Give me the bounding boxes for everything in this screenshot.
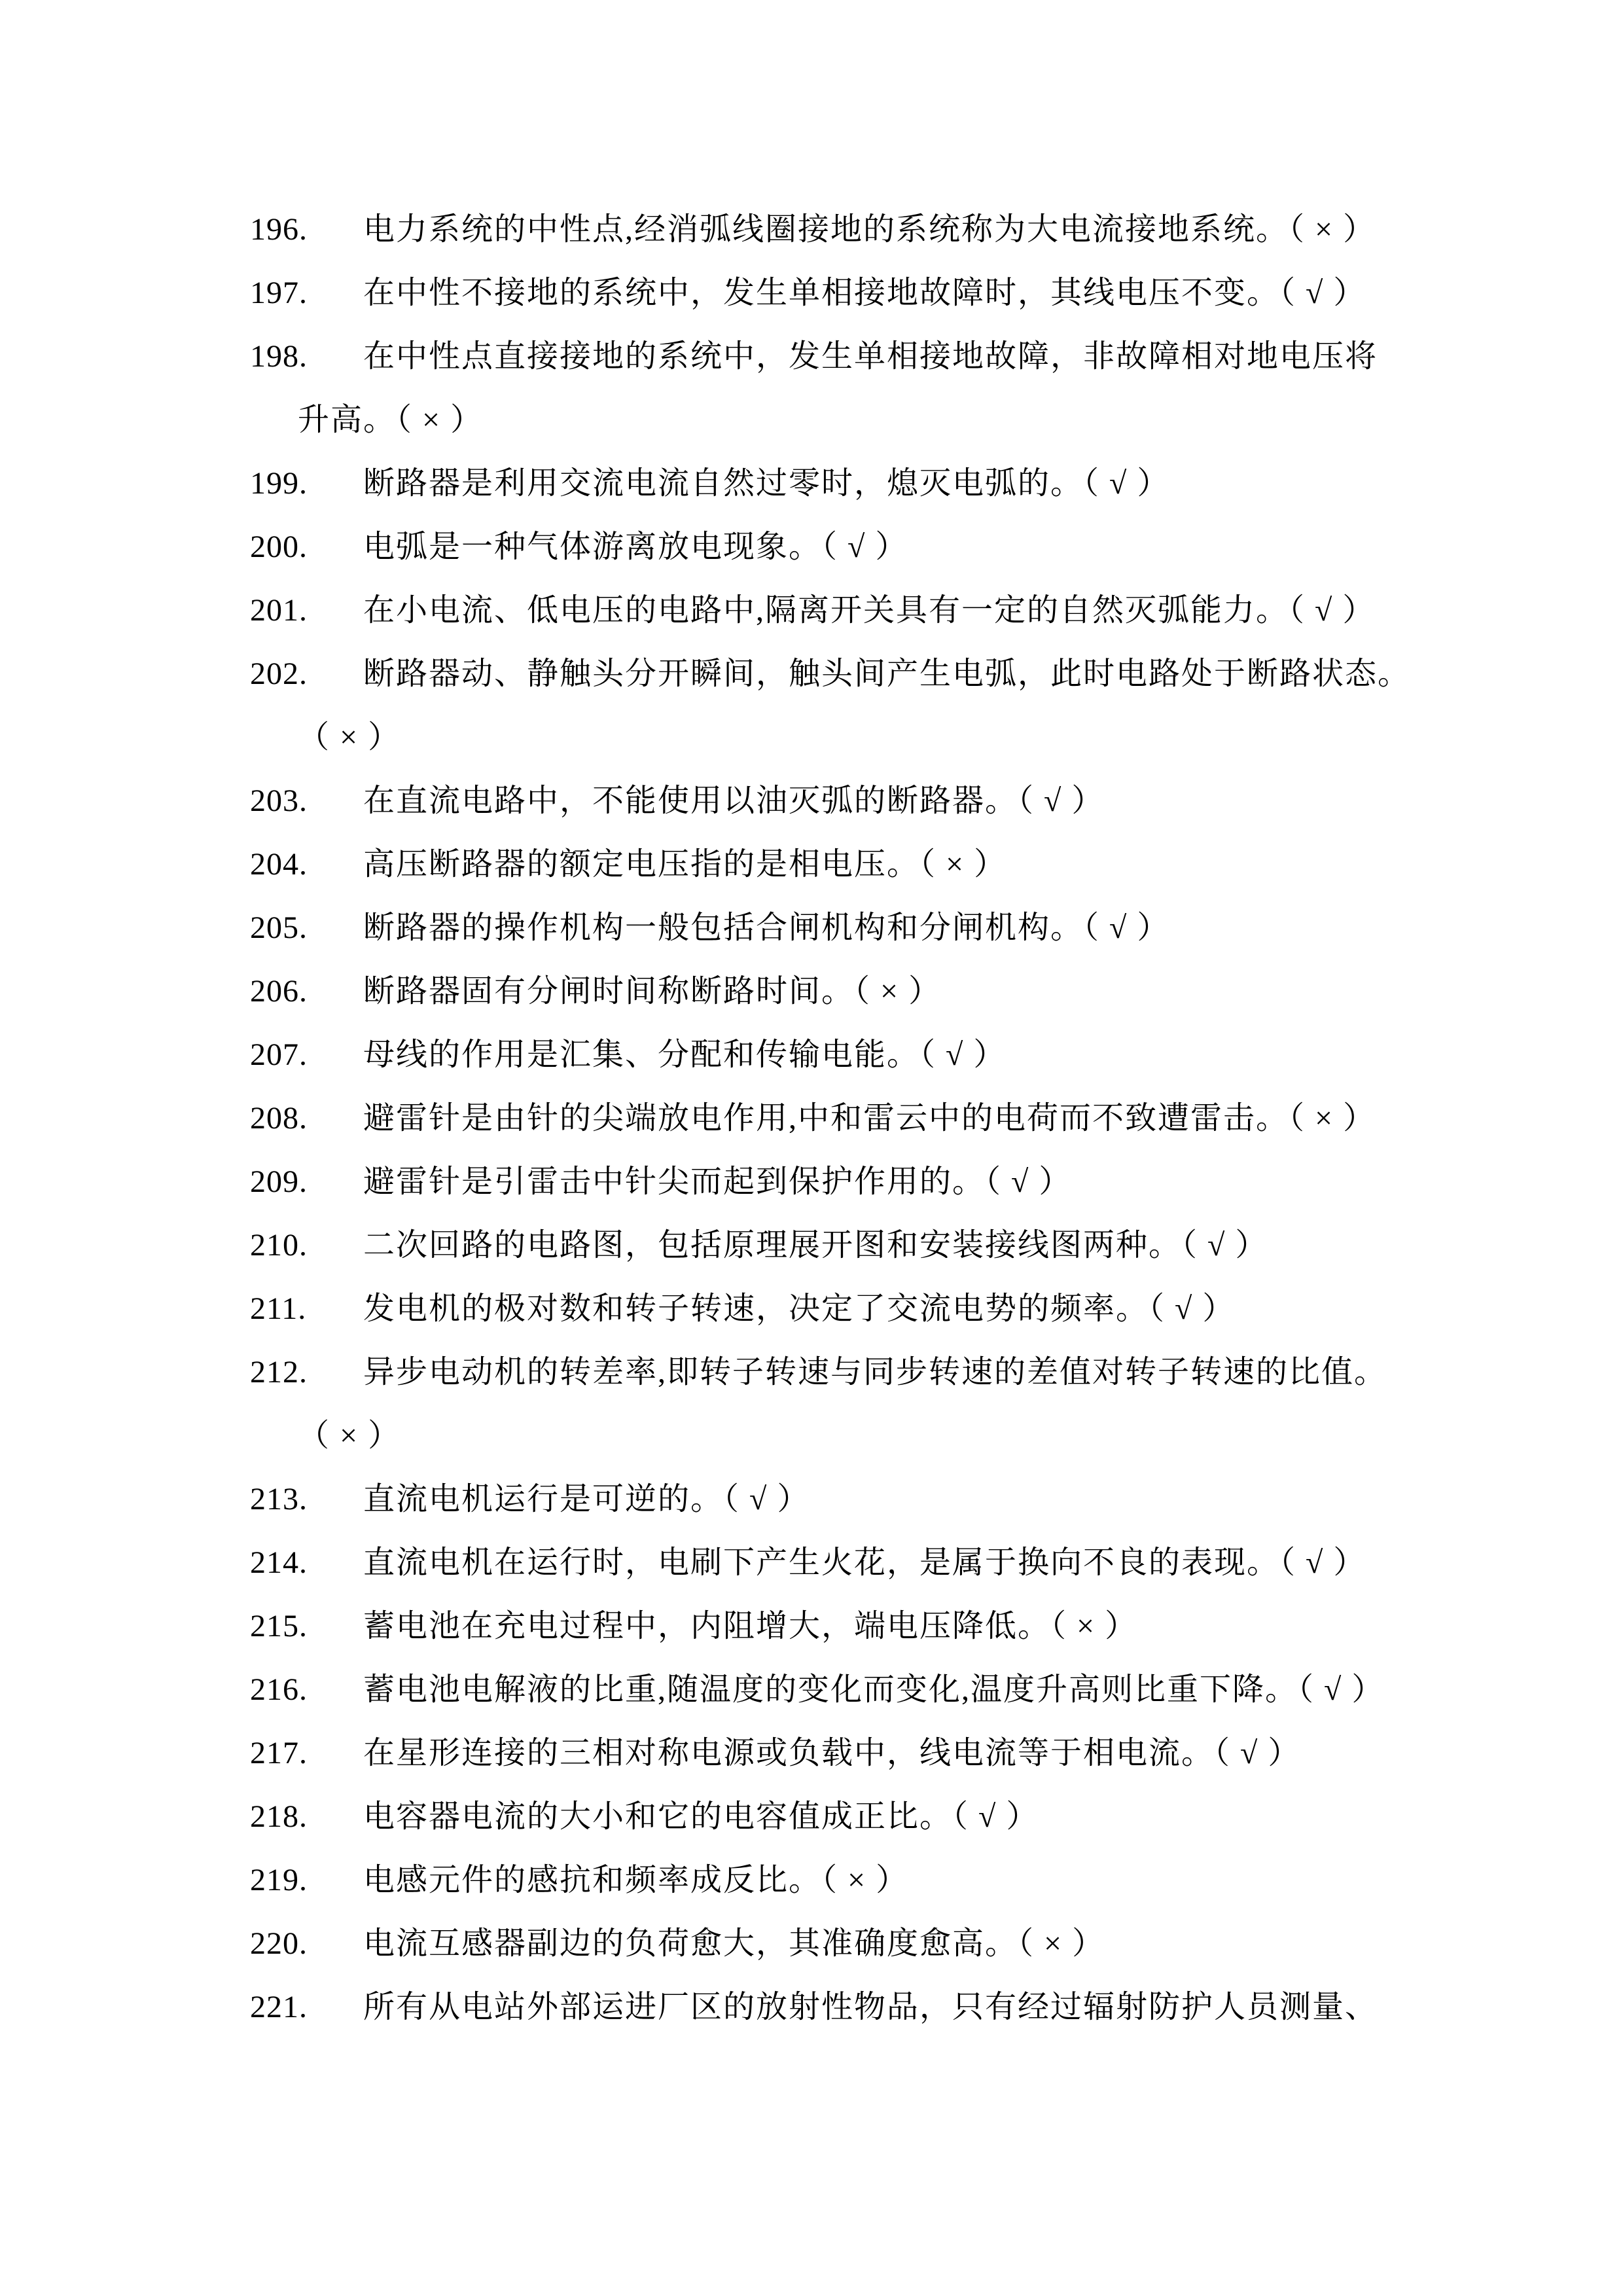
question-line: 207.母线的作用是汇集、分配和传输电能。（ √ ） xyxy=(0,1023,1623,1086)
question-number: 208. xyxy=(250,1086,308,1150)
question-list: 196.电力系统的中性点,经消弧线圈接地的系统称为大电流接地系统。（ × ） 1… xyxy=(0,198,1623,2039)
question-line: 199.断路器是利用交流电流自然过零时，熄灭电弧的。（ √ ） xyxy=(0,452,1623,515)
question-line: 217.在星形连接的三相对称电源或负载中，线电流等于相电流。（ √ ） xyxy=(0,1721,1623,1785)
question-number: 204. xyxy=(250,833,308,896)
question-text: 断路器动、静触头分开瞬间，触头间产生电弧，此时电路处于断路状态。 xyxy=(363,656,1410,691)
question-number: 198. xyxy=(250,325,308,388)
question-text: 电流互感器副边的负荷愈大，其准确度愈高。（ × ） xyxy=(363,1926,1105,1961)
document-page: 196.电力系统的中性点,经消弧线圈接地的系统称为大电流接地系统。（ × ） 1… xyxy=(0,0,1623,2296)
question-text: 在小电流、低电压的电路中,隔离开关具有一定的自然灭弧能力。（ √ ） xyxy=(363,593,1375,628)
question-line-continuation: 升高。（ × ） xyxy=(0,388,1623,452)
question-number: 201. xyxy=(250,579,308,642)
question-number: 200. xyxy=(250,515,308,579)
question-text: 发电机的极对数和转子转速，决定了交流电势的频率。（ √ ） xyxy=(363,1291,1235,1326)
question-text: 母线的作用是汇集、分配和传输电能。（ √ ） xyxy=(363,1037,1006,1072)
question-number: 210. xyxy=(250,1213,308,1277)
question-text: 断路器固有分闸时间称断路时间。（ × ） xyxy=(363,974,941,1009)
question-line: 211.发电机的极对数和转子转速，决定了交流电势的频率。（ √ ） xyxy=(0,1277,1623,1340)
question-line: 221.所有从电站外部运进厂区的放射性物品，只有经过辐射防护人员测量、 xyxy=(0,1975,1623,2039)
question-number: 217. xyxy=(250,1721,308,1785)
question-line: 203.在直流电路中，不能使用以油灭弧的断路器。（ √ ） xyxy=(0,769,1623,833)
question-text: 所有从电站外部运进厂区的放射性物品，只有经过辐射防护人员测量、 xyxy=(363,1990,1378,2024)
question-number: 205. xyxy=(250,896,308,960)
question-line: 206.断路器固有分闸时间称断路时间。（ × ） xyxy=(0,960,1623,1023)
question-line: 212.异步电动机的转差率,即转子转速与同步转速的差值对转子转速的比值。 xyxy=(0,1340,1623,1404)
question-text: 断路器是利用交流电流自然过零时，熄灭电弧的。（ √ ） xyxy=(363,466,1169,501)
question-line: 209.避雷针是引雷击中针尖而起到保护作用的。（ √ ） xyxy=(0,1150,1623,1213)
question-text: 避雷针是引雷击中针尖而起到保护作用的。（ √ ） xyxy=(363,1164,1071,1199)
question-number: 206. xyxy=(250,960,308,1023)
question-line: 214.直流电机在运行时，电刷下产生火花，是属于换向不良的表现。（ √ ） xyxy=(0,1531,1623,1594)
question-line: 213.直流电机运行是可逆的。（ √ ） xyxy=(0,1467,1623,1531)
question-line: 197.在中性不接地的系统中，发生单相接地故障时，其线电压不变。（ √ ） xyxy=(0,261,1623,325)
question-text: 蓄电池电解液的比重,随温度的变化而变化,温度升高则比重下降。（ √ ） xyxy=(363,1672,1384,1707)
question-number: 212. xyxy=(250,1340,308,1404)
question-text: 在星形连接的三相对称电源或负载中，线电流等于相电流。（ √ ） xyxy=(363,1736,1300,1770)
question-number: 221. xyxy=(250,1975,308,2039)
question-text: 直流电机在运行时，电刷下产生火花，是属于换向不良的表现。（ √ ） xyxy=(363,1545,1366,1580)
question-line-continuation: （ × ） xyxy=(0,706,1623,769)
question-text: 断路器的操作机构一般包括合闸机构和分闸机构。（ √ ） xyxy=(363,910,1169,945)
question-line-continuation: （ × ） xyxy=(0,1404,1623,1467)
question-line: 196.电力系统的中性点,经消弧线圈接地的系统称为大电流接地系统。（ × ） xyxy=(0,198,1623,261)
question-text: 在中性点直接接地的系统中，发生单相接地故障，非故障相对地电压将 xyxy=(363,339,1378,374)
question-number: 216. xyxy=(250,1658,308,1721)
question-text: （ × ） xyxy=(298,720,401,755)
question-line: 202.断路器动、静触头分开瞬间，触头间产生电弧，此时电路处于断路状态。 xyxy=(0,642,1623,706)
question-number: 202. xyxy=(250,642,308,706)
question-number: 209. xyxy=(250,1150,308,1213)
question-line: 204.高压断路器的额定电压指的是相电压。（ × ） xyxy=(0,833,1623,896)
question-number: 211. xyxy=(250,1277,306,1340)
question-text: 蓄电池在充电过程中，内阻增大，端电压降低。（ × ） xyxy=(363,1609,1137,1643)
question-text: 二次回路的电路图，包括原理展开图和安装接线图两种。（ √ ） xyxy=(363,1228,1268,1263)
question-text: 直流电机运行是可逆的。（ √ ） xyxy=(363,1482,810,1516)
question-text: 电力系统的中性点,经消弧线圈接地的系统称为大电流接地系统。（ × ） xyxy=(363,212,1376,247)
question-line: 200.电弧是一种气体游离放电现象。（ √ ） xyxy=(0,515,1623,579)
question-text: （ × ） xyxy=(298,1418,401,1453)
question-text: 高压断路器的额定电压指的是相电压。（ × ） xyxy=(363,847,1007,882)
question-text: 升高。（ × ） xyxy=(298,403,483,437)
question-number: 196. xyxy=(250,198,308,261)
question-text: 避雷针是由针的尖端放电作用,中和雷云中的电荷而不致遭雷击。（ × ） xyxy=(363,1101,1376,1136)
question-line: 219.电感元件的感抗和频率成反比。（ × ） xyxy=(0,1848,1623,1912)
question-line: 205.断路器的操作机构一般包括合闸机构和分闸机构。（ √ ） xyxy=(0,896,1623,960)
question-line: 215.蓄电池在充电过程中，内阻增大，端电压降低。（ × ） xyxy=(0,1594,1623,1658)
question-number: 203. xyxy=(250,769,308,833)
question-line: 220.电流互感器副边的负荷愈大，其准确度愈高。（ × ） xyxy=(0,1912,1623,1975)
question-line: 201.在小电流、低电压的电路中,隔离开关具有一定的自然灭弧能力。（ √ ） xyxy=(0,579,1623,642)
question-number: 218. xyxy=(250,1785,308,1848)
question-line: 218.电容器电流的大小和它的电容值成正比。（ √ ） xyxy=(0,1785,1623,1848)
question-text: 异步电动机的转差率,即转子转速与同步转速的差值对转子转速的比值。 xyxy=(363,1355,1387,1390)
question-number: 214. xyxy=(250,1531,308,1594)
question-number: 213. xyxy=(250,1467,308,1531)
question-number: 220. xyxy=(250,1912,308,1975)
question-line: 216.蓄电池电解液的比重,随温度的变化而变化,温度升高则比重下降。（ √ ） xyxy=(0,1658,1623,1721)
question-line: 198.在中性点直接接地的系统中，发生单相接地故障，非故障相对地电压将 xyxy=(0,325,1623,388)
question-line: 210.二次回路的电路图，包括原理展开图和安装接线图两种。（ √ ） xyxy=(0,1213,1623,1277)
question-text: 在直流电路中，不能使用以油灭弧的断路器。（ √ ） xyxy=(363,783,1104,818)
question-text: 在中性不接地的系统中，发生单相接地故障时，其线电压不变。（ √ ） xyxy=(363,276,1366,310)
question-text: 电容器电流的大小和它的电容值成正比。（ √ ） xyxy=(363,1799,1039,1834)
question-number: 207. xyxy=(250,1023,308,1086)
question-number: 197. xyxy=(250,261,308,325)
question-number: 199. xyxy=(250,452,308,515)
question-line: 208.避雷针是由针的尖端放电作用,中和雷云中的电荷而不致遭雷击。（ × ） xyxy=(0,1086,1623,1150)
question-number: 215. xyxy=(250,1594,308,1658)
question-text: 电感元件的感抗和频率成反比。（ × ） xyxy=(363,1863,908,1897)
question-number: 219. xyxy=(250,1848,308,1912)
question-text: 电弧是一种气体游离放电现象。（ √ ） xyxy=(363,529,908,564)
